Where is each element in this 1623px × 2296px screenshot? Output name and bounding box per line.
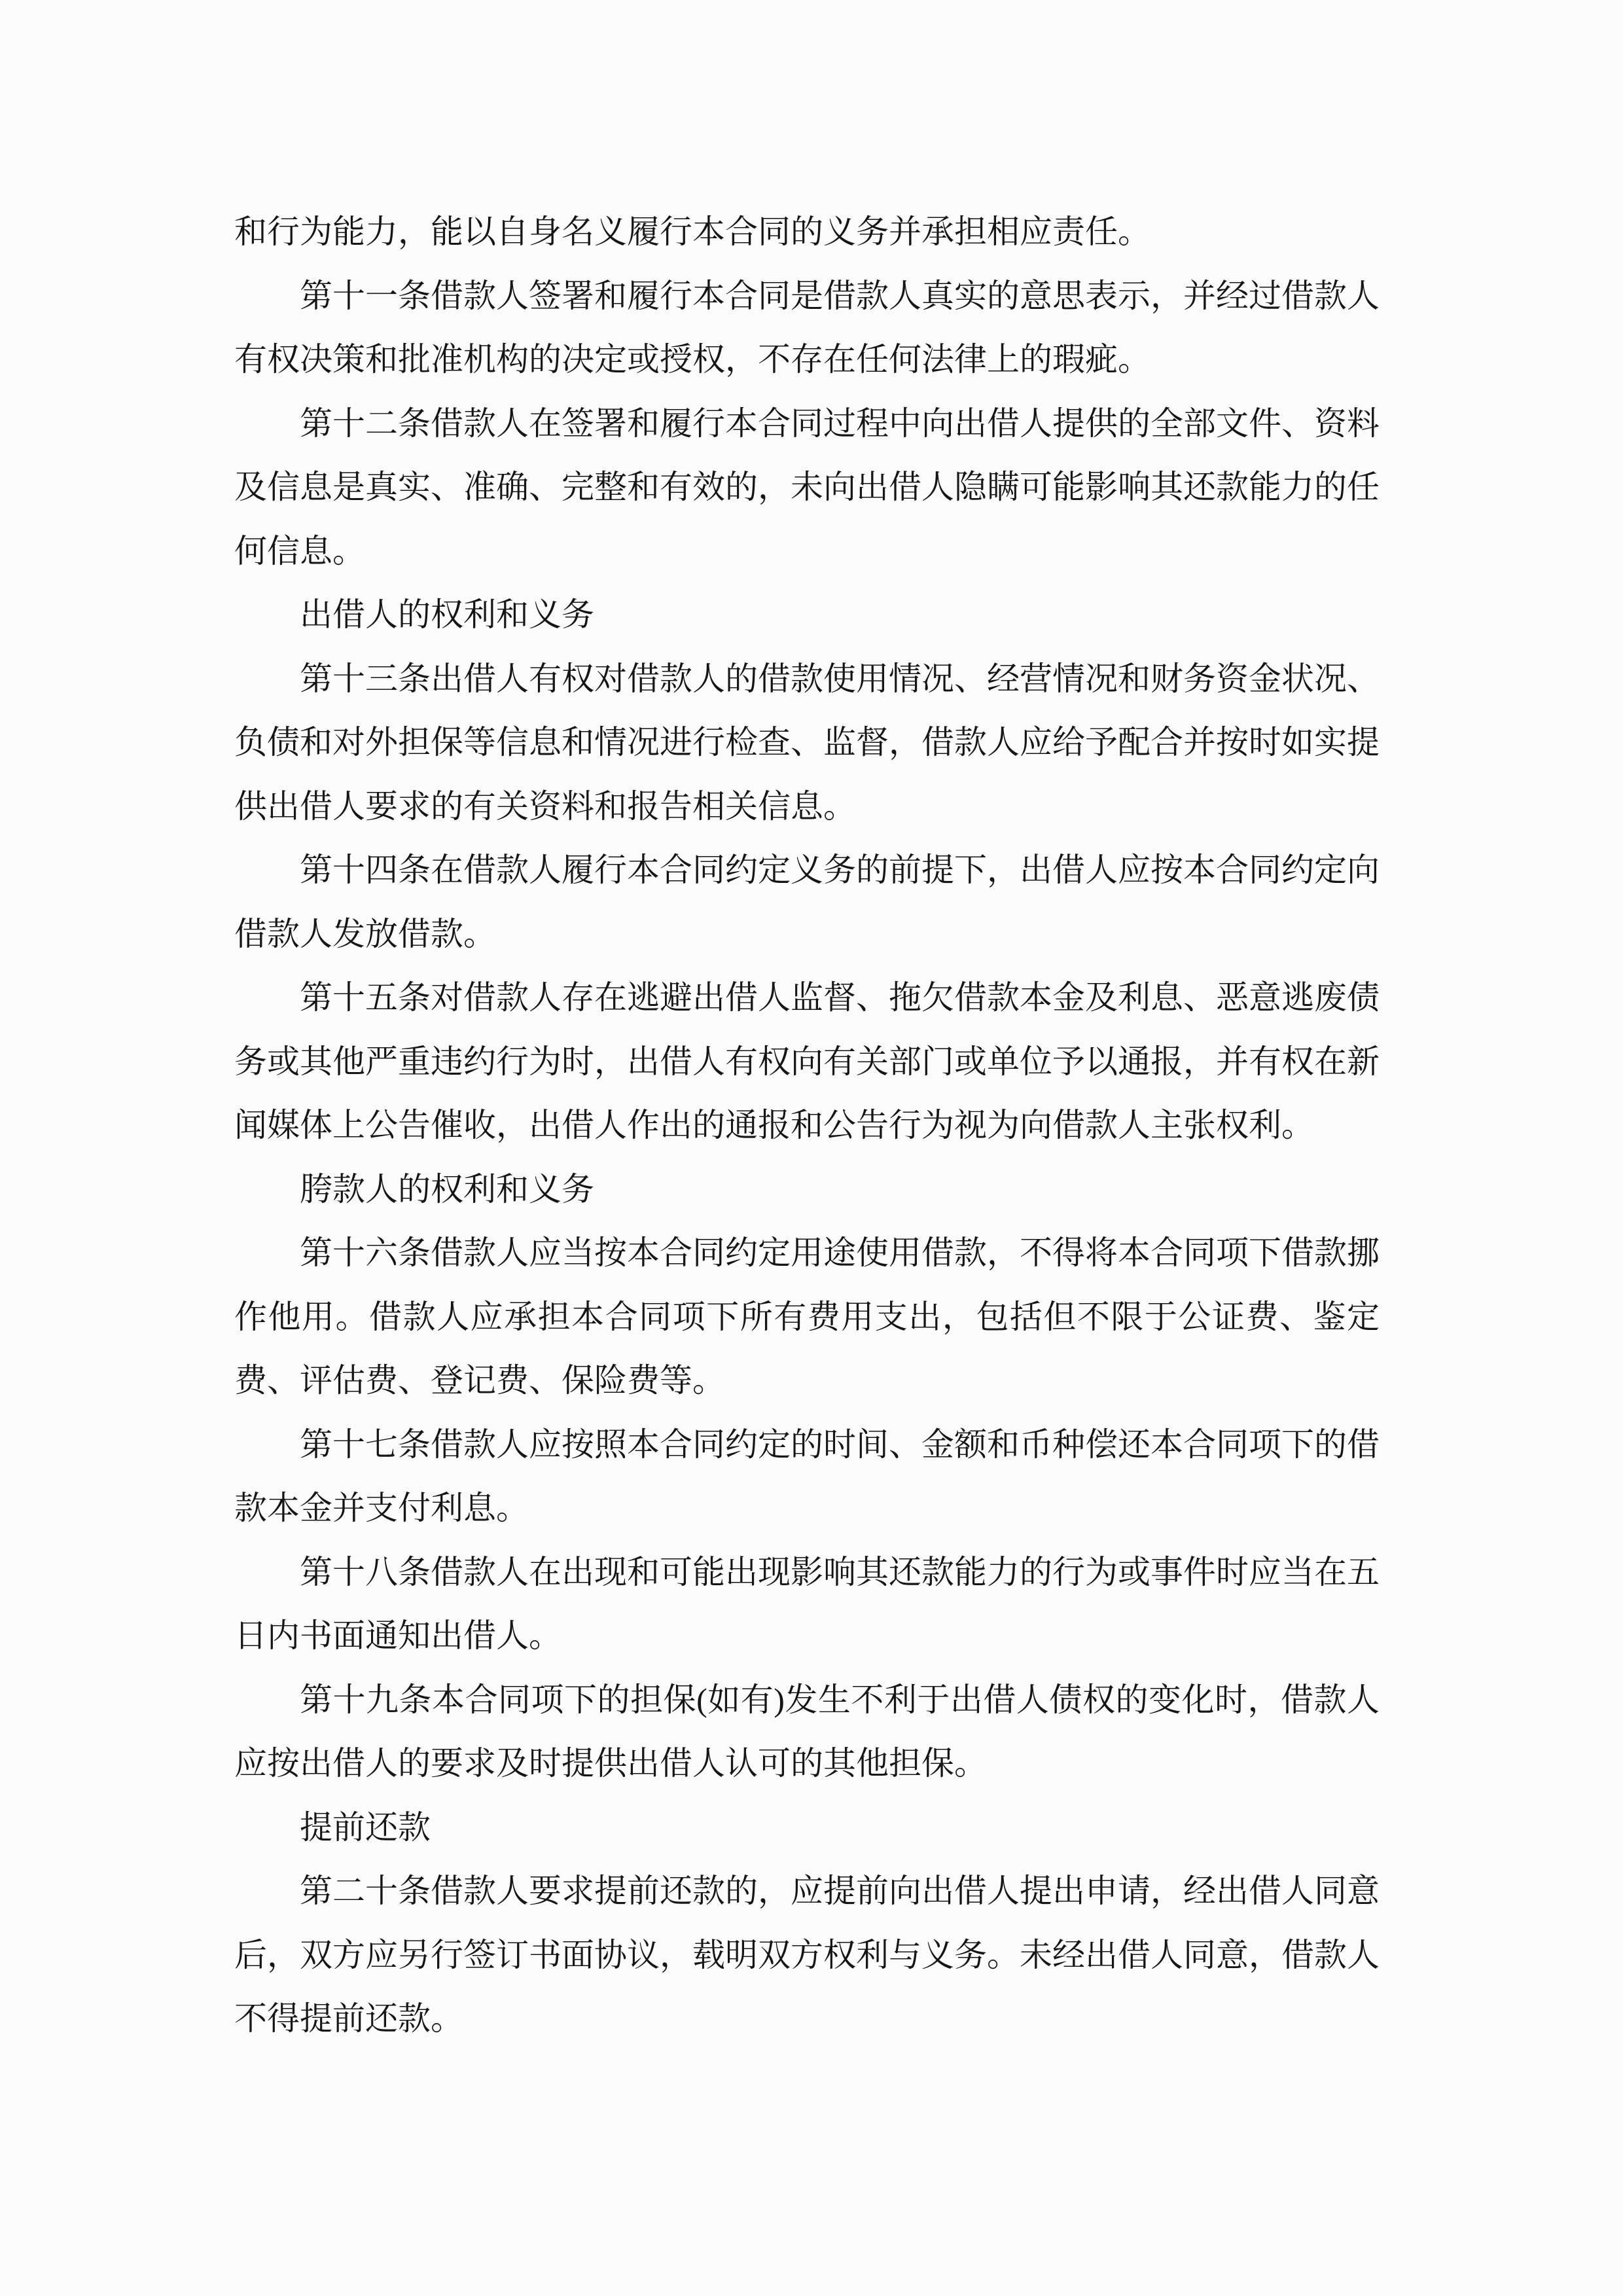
- clause-15: 第十五条对借款人存在逃避出借人监督、拖欠借款本金及利息、恶意逃废债务或其他严重违…: [234, 966, 1380, 1158]
- clause-17: 第十七条借款人应按照本合同约定的时间、金额和币种偿还本合同项下的借款本金并支付利…: [234, 1413, 1380, 1541]
- clause-18: 第十八条借款人在出现和可能出现影响其还款能力的行为或事件时应当在五日内书面通知出…: [234, 1541, 1380, 1668]
- clause-16: 第十六条借款人应当按本合同约定用途使用借款，不得将本合同项下借款挪作他用。借款人…: [234, 1221, 1380, 1413]
- clause-20: 第二十条借款人要求提前还款的，应提前向出借人提出申请，经出借人同意后，双方应另行…: [234, 1859, 1380, 2051]
- continuation-paragraph: 和行为能力，能以自身名义履行本合同的义务并承担相应责任。: [234, 200, 1380, 264]
- clause-14: 第十四条在借款人履行本合同约定义务的前提下，出借人应按本合同约定向借款人发放借款…: [234, 838, 1380, 966]
- contract-text-block: 和行为能力，能以自身名义履行本合同的义务并承担相应责任。 第十一条借款人签署和履…: [234, 200, 1380, 2051]
- section-heading-borrower-rights: 胯款人的权利和义务: [234, 1158, 1380, 1222]
- clause-11: 第十一条借款人签署和履行本合同是借款人真实的意思表示，并经过借款人有权决策和批准…: [234, 264, 1380, 392]
- section-heading-lender-rights: 出借人的权利和义务: [234, 583, 1380, 647]
- document-page: 和行为能力，能以自身名义履行本合同的义务并承担相应责任。 第十一条借款人签署和履…: [0, 0, 1623, 2296]
- clause-13: 第十三条出借人有权对借款人的借款使用情况、经营情况和财务资金状况、负债和对外担保…: [234, 647, 1380, 839]
- clause-12: 第十二条借款人在签署和履行本合同过程中向出借人提供的全部文件、资料及信息是真实、…: [234, 392, 1380, 584]
- section-heading-early-repayment: 提前还款: [234, 1796, 1380, 1860]
- clause-19: 第十九条本合同项下的担保(如有)发生不利于出借人债权的变化时，借款人应按出借人的…: [234, 1668, 1380, 1796]
